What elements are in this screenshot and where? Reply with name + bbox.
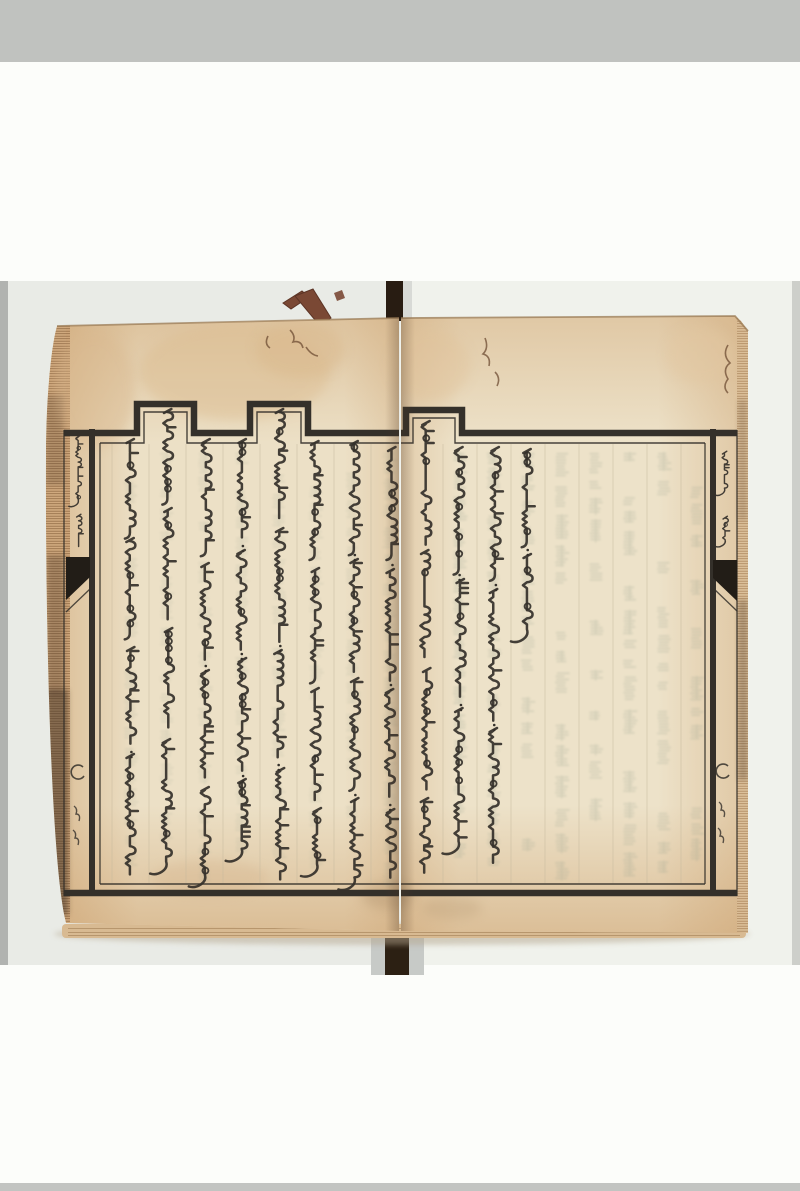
bottom-gray-band (0, 1183, 800, 1191)
book-spread-photo (0, 0, 800, 1191)
right-page-fore-edge (737, 317, 748, 933)
top-gray-band (0, 0, 800, 62)
backdrop-right-strip (792, 281, 800, 965)
backdrop-left-strip (0, 281, 8, 965)
binding-strap-top (386, 281, 412, 321)
scanned-book-photo-root (0, 0, 800, 1191)
